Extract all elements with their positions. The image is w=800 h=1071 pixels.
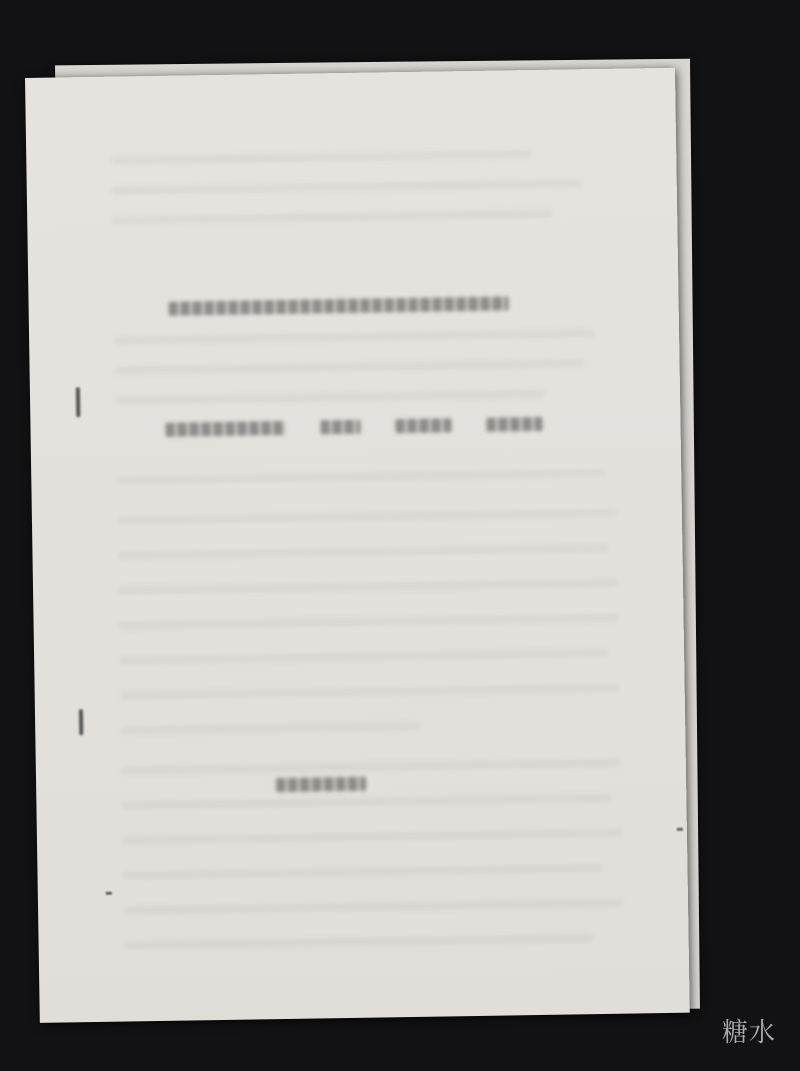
author-3-blurred-text — [487, 416, 543, 431]
document-page — [25, 68, 690, 1023]
author-1-blurred-text — [321, 419, 361, 434]
watermark: 糖水 — [722, 1012, 776, 1049]
document-date — [276, 773, 366, 793]
show-through-text — [111, 139, 624, 987]
institution-blurred-text — [165, 420, 285, 436]
margin-mark — [79, 709, 83, 735]
margin-mark — [76, 387, 80, 417]
page-speck — [106, 892, 112, 895]
author-2-blurred-text — [396, 418, 452, 433]
date-blurred-text — [276, 776, 366, 791]
page-speck — [677, 828, 683, 831]
